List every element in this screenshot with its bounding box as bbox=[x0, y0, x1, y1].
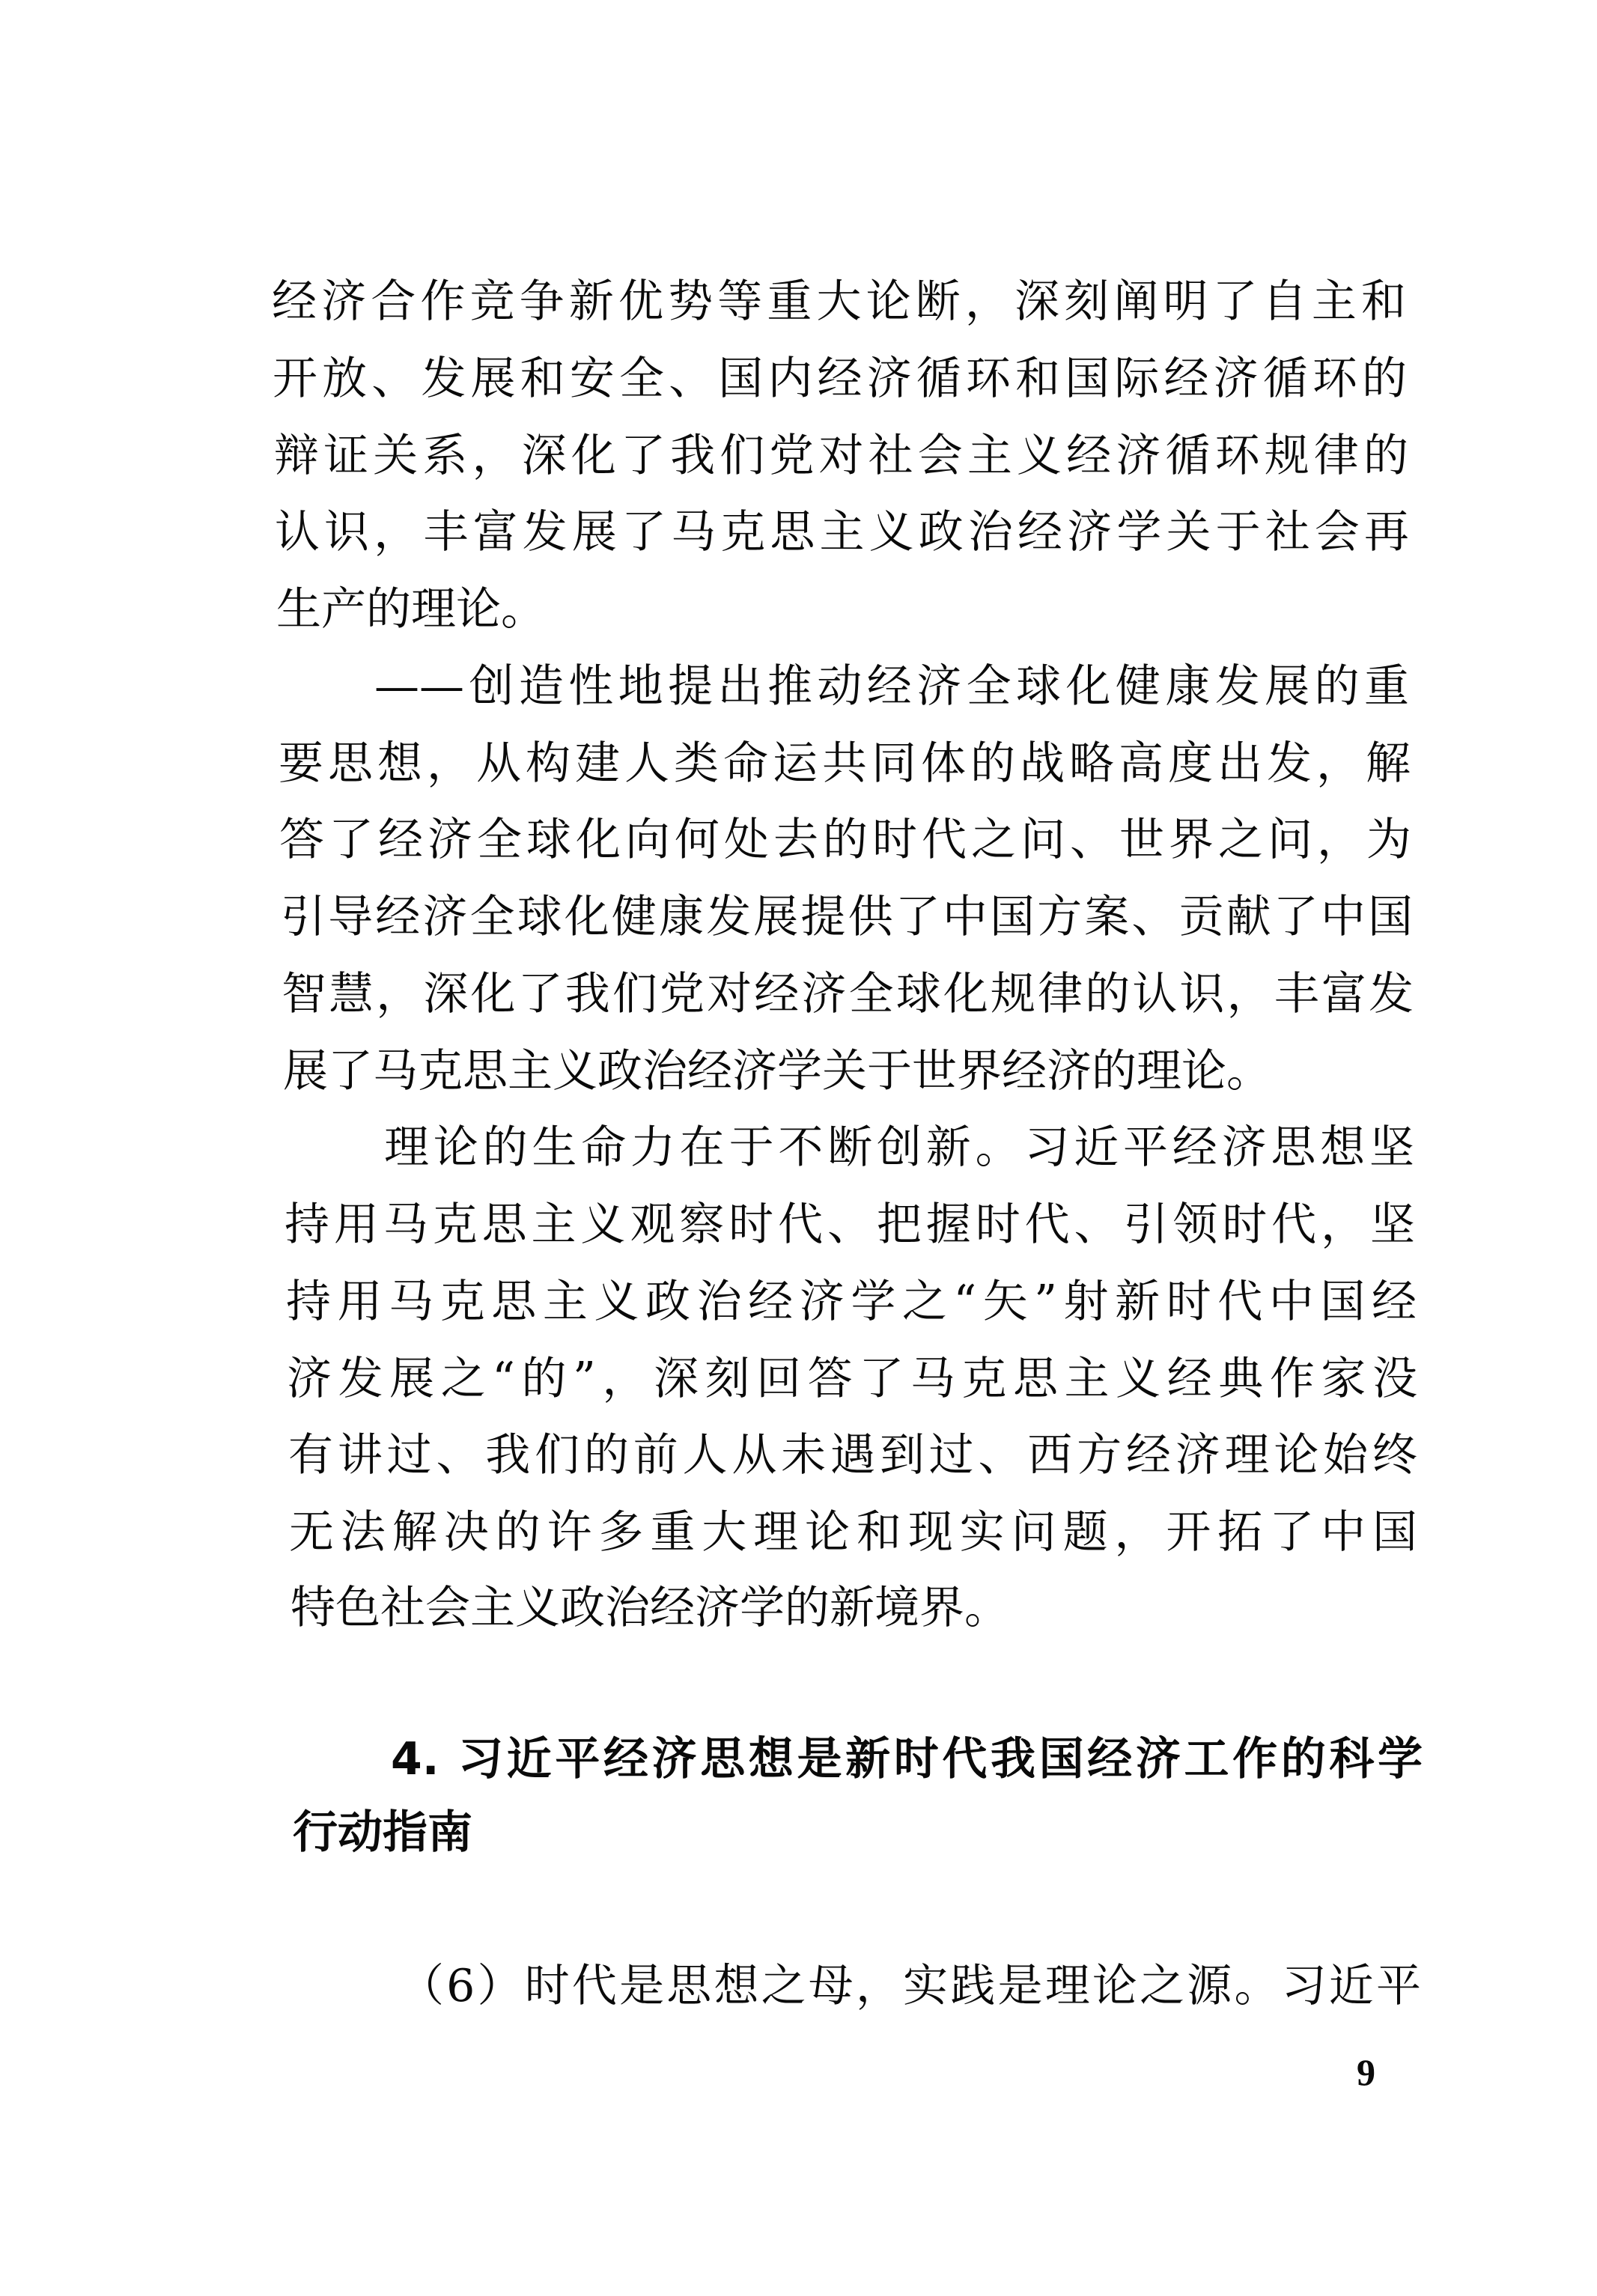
text-line: 持用马克思主义观察时代、把握时代、引领时代，坚 bbox=[285, 1198, 1415, 1252]
text-line: 特色社会主义政治经济学的新境界。 bbox=[290, 1581, 1417, 1635]
text-line: 要思想，从构建人类命运共同体的战略高度出发，解 bbox=[279, 737, 1411, 791]
text-line: 生产的理论。 bbox=[276, 582, 1411, 636]
text-line: 答了经济全球化向何处去的时代之问、世界之问，为 bbox=[279, 813, 1411, 867]
text-line: 辩证关系，深化了我们党对社会主义经济循环规律的 bbox=[274, 429, 1408, 483]
text-line: 智慧，深化了我们党对经济全球化规律的认识，丰富发 bbox=[282, 967, 1414, 1021]
text-line: 持用马克思主义政治经济学之“矢”射新时代中国经 bbox=[286, 1275, 1417, 1329]
heading-line: 4. 习近平经济思想是新时代我国经济工作的科学 bbox=[391, 1732, 1423, 1786]
text-line: 无法解决的许多重大理论和现实问题，开拓了中国 bbox=[289, 1505, 1417, 1559]
text-line: 展了马克思主义政治经济学关于世界经济的理论。 bbox=[283, 1044, 1415, 1098]
page-number: 9 bbox=[1357, 2051, 1375, 2093]
text-line: 开放、发展和安全、国内经济循环和国际经济循环的 bbox=[273, 352, 1407, 406]
text-line: 有讲过、我们的前人从未遇到过、西方经济理论始终 bbox=[288, 1428, 1417, 1482]
text-line: 经济合作竞争新优势等重大论断，深刻阐明了自主和 bbox=[272, 275, 1406, 329]
text-line: （6）时代是思想之母，实践是理论之源。习近平 bbox=[399, 1959, 1421, 2013]
book-page: 经济合作竞争新优势等重大论断，深刻阐明了自主和 开放、发展和安全、国内经济循环和… bbox=[0, 0, 1597, 2296]
text-line: 理论的生命力在于不断创新。习近平经济思想坚 bbox=[384, 1121, 1414, 1175]
heading-line: 行动指南 bbox=[293, 1806, 592, 1860]
text-line: 引导经济全球化健康发展提供了中国方案、贡献了中国 bbox=[281, 890, 1413, 944]
text-line: 济发展之“的”，深刻回答了马克思主义经典作家没 bbox=[287, 1352, 1417, 1406]
text-line: ——创造性地提出推动经济全球化健康发展的重 bbox=[374, 660, 1409, 713]
text-line: 认识，丰富发展了马克思主义政治经济学关于社会再 bbox=[275, 505, 1409, 559]
